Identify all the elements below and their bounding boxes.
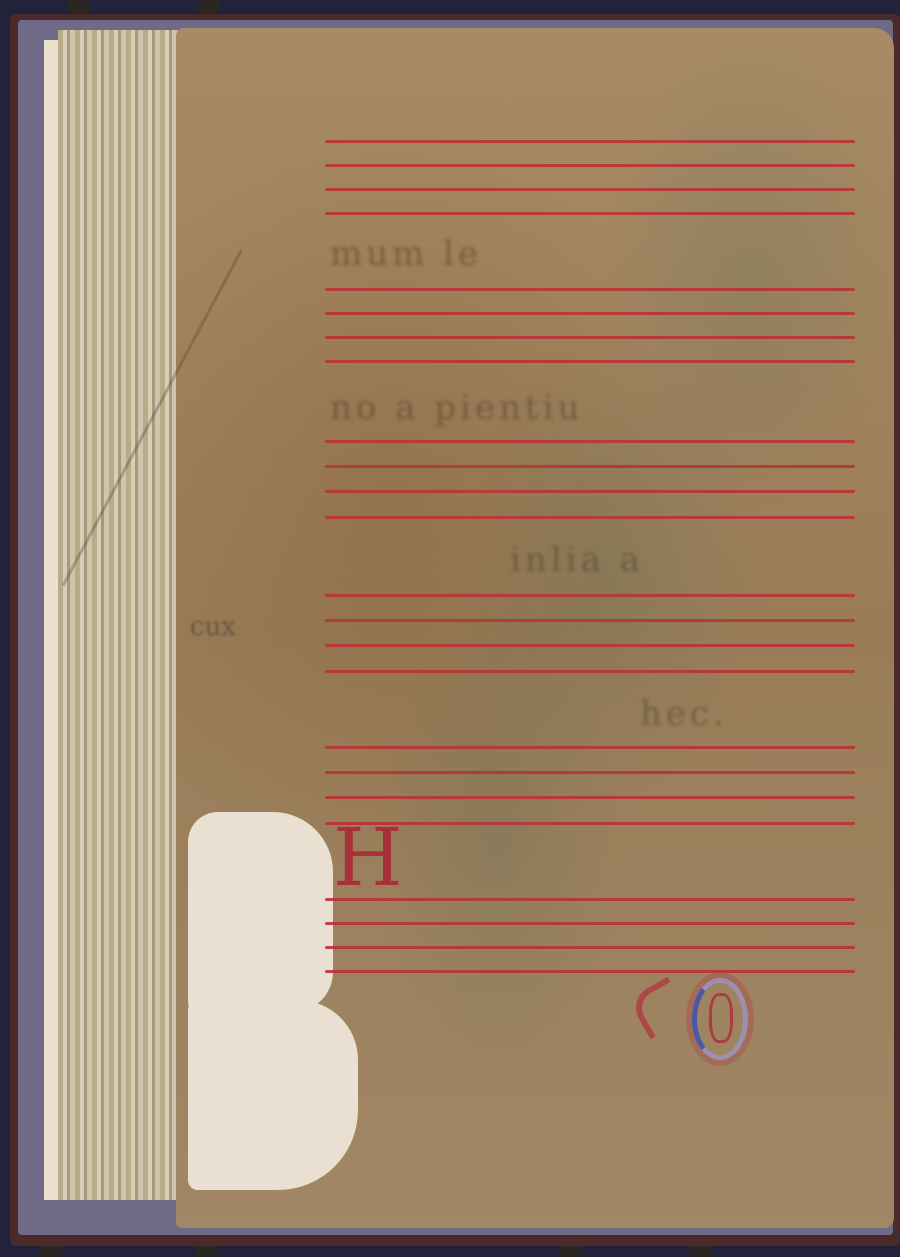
initial-o-infill — [709, 993, 733, 1043]
staff-line — [325, 670, 855, 673]
staff-line — [325, 212, 855, 215]
parchment-tear — [188, 1000, 358, 1190]
page-edges — [58, 30, 193, 1200]
text-line: inlia a — [510, 540, 644, 580]
staff-line — [325, 440, 855, 443]
staff-line — [325, 970, 855, 973]
staff-line — [325, 796, 855, 799]
text-line: hec. — [640, 694, 728, 734]
staff-line — [325, 898, 855, 901]
staff-line — [325, 465, 855, 468]
parchment-tear — [188, 812, 333, 1012]
staff-line — [325, 946, 855, 949]
cradle-post — [198, 0, 220, 14]
staff-line — [325, 288, 855, 291]
staff-line — [325, 619, 855, 622]
staff-line — [325, 360, 855, 363]
cradle-post — [68, 0, 90, 14]
decorated-initial-o — [692, 978, 748, 1060]
staff-line — [325, 188, 855, 191]
staff-line — [325, 312, 855, 315]
staff-line — [325, 594, 855, 597]
staff-line — [325, 336, 855, 339]
staff-line — [325, 490, 855, 493]
staff-line — [325, 822, 855, 825]
staff-line — [325, 140, 855, 143]
staff-line — [325, 644, 855, 647]
marginal-text: cux — [190, 612, 236, 642]
staff-line — [325, 516, 855, 519]
staff-line — [325, 771, 855, 774]
red-initial-h: H — [333, 818, 403, 898]
staff-line — [325, 922, 855, 925]
staff-line — [325, 746, 855, 749]
text-line: mum le — [330, 234, 482, 274]
text-line: no a pientiu — [330, 388, 583, 428]
staff-line — [325, 164, 855, 167]
